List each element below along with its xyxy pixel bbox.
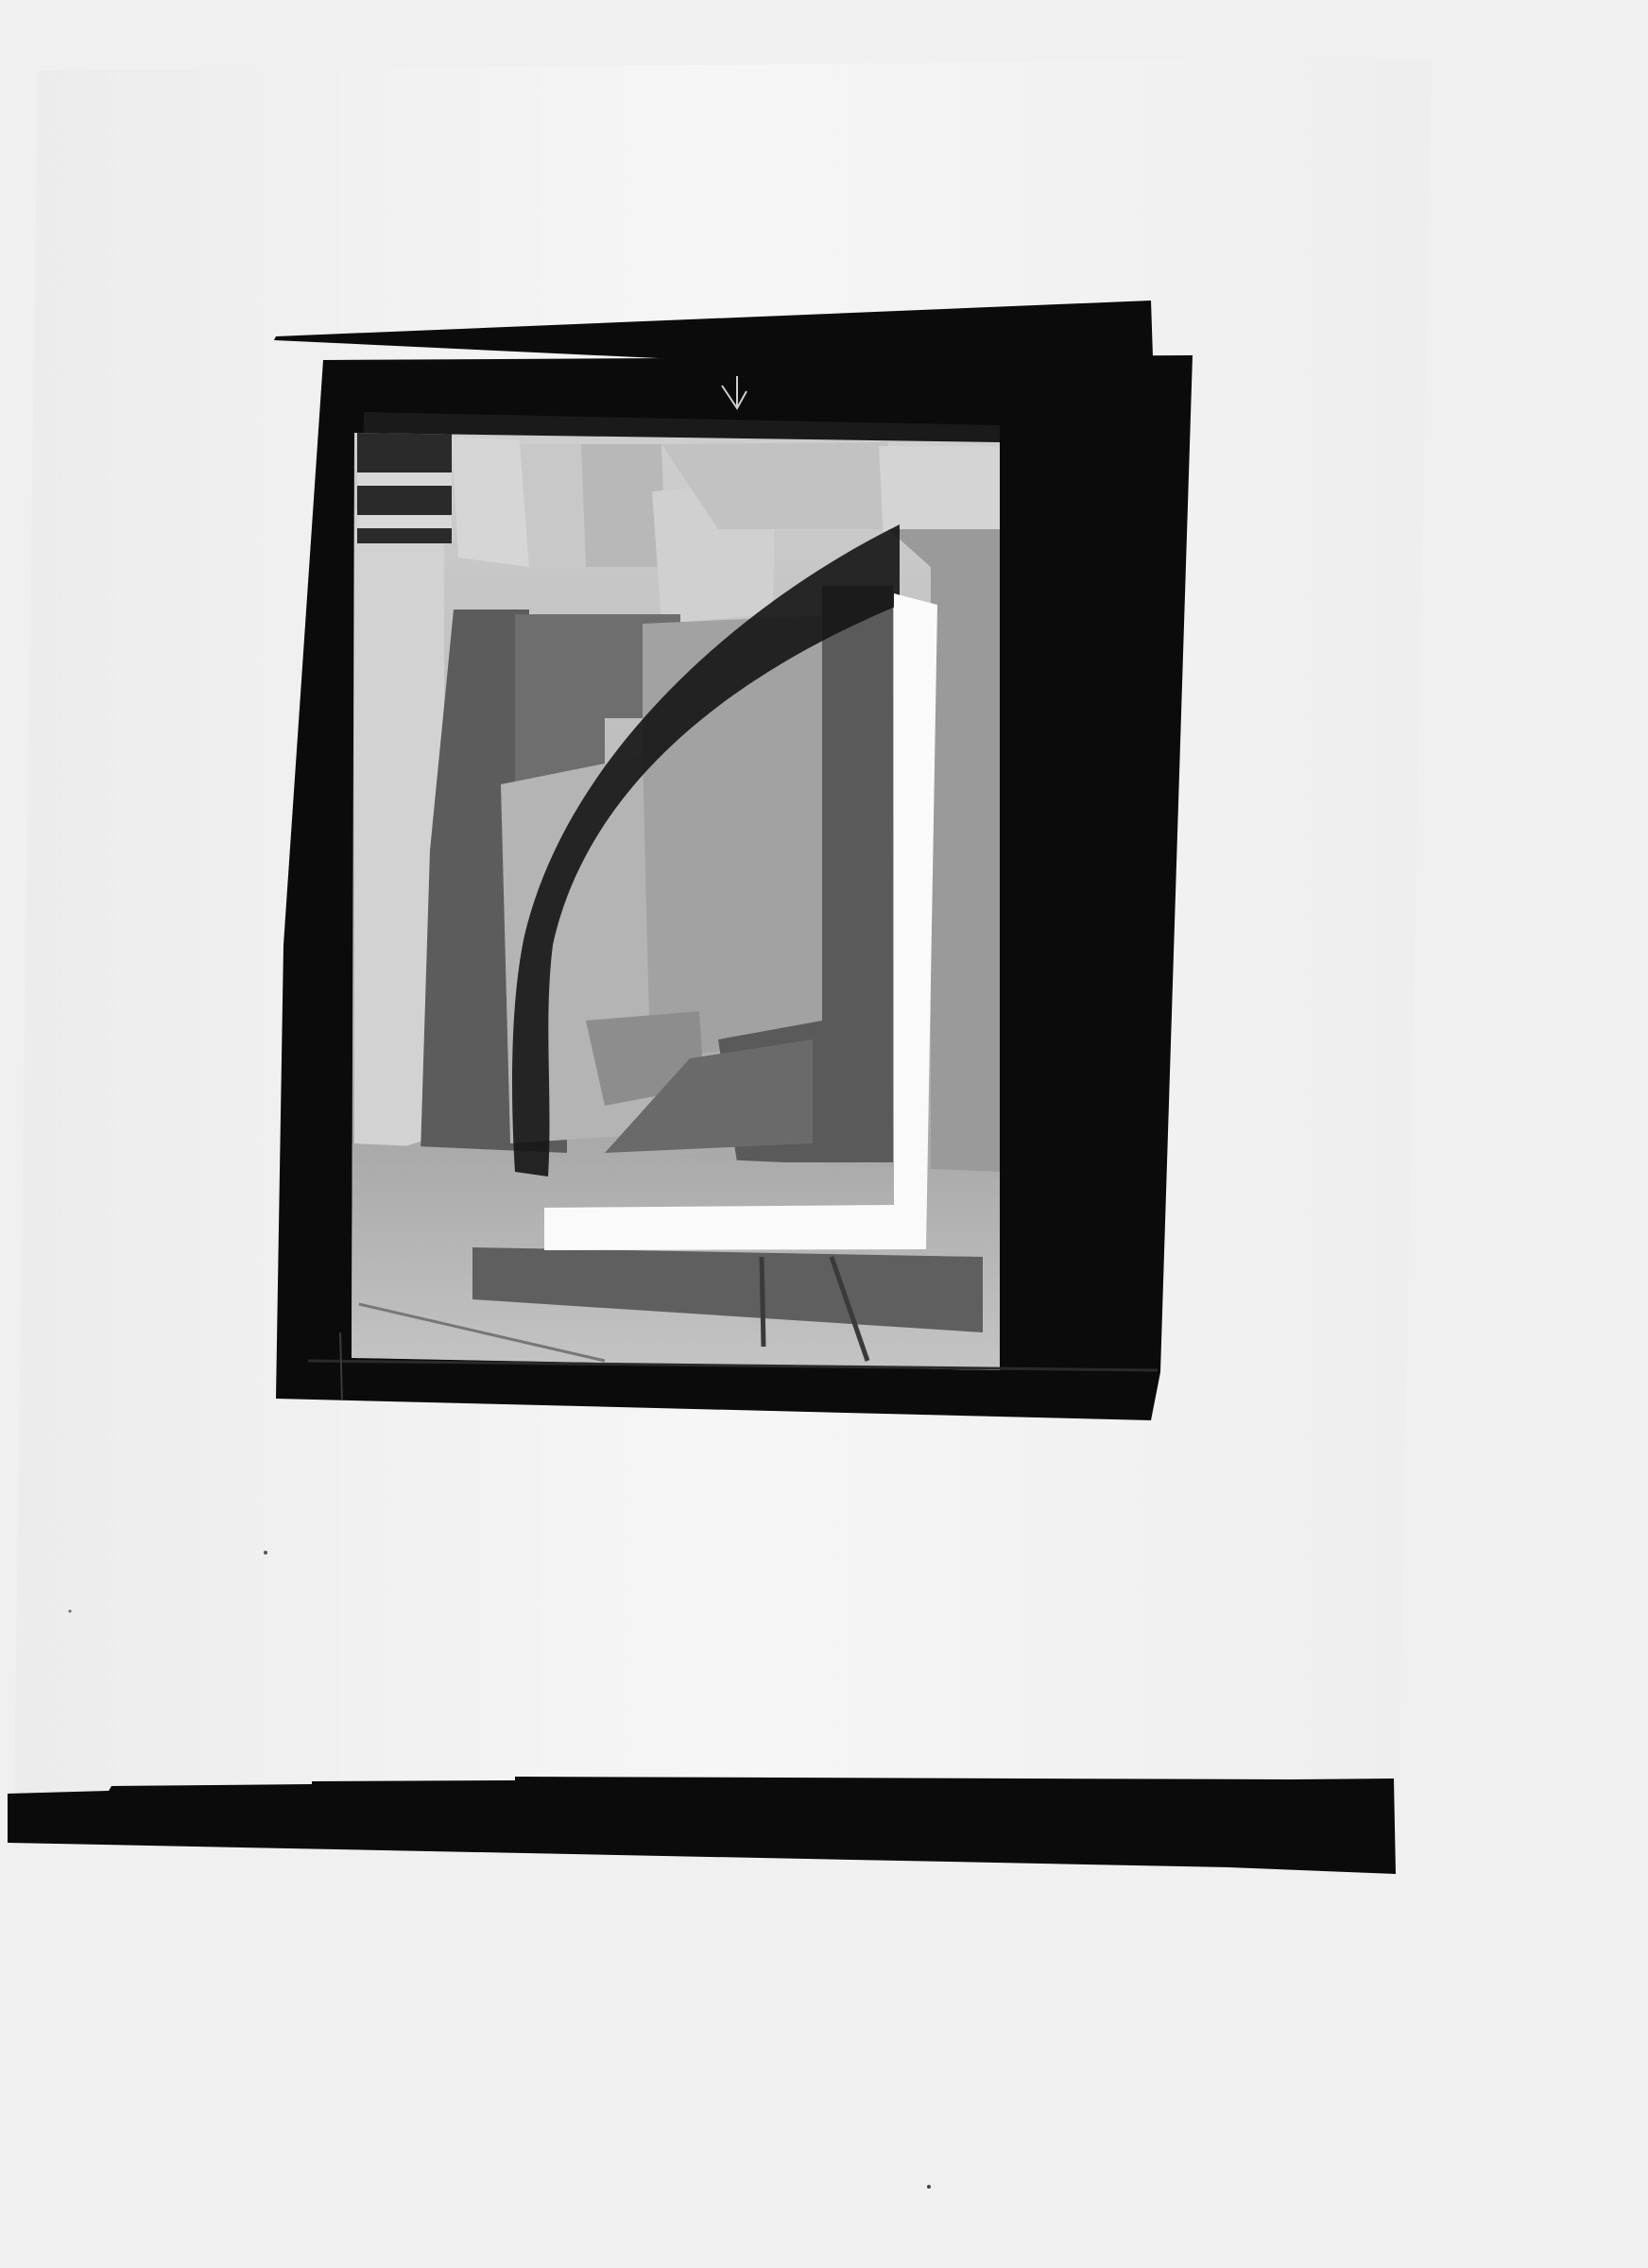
scanned-photograph — [0, 0, 1648, 2268]
studio-photo — [340, 416, 1011, 1380]
